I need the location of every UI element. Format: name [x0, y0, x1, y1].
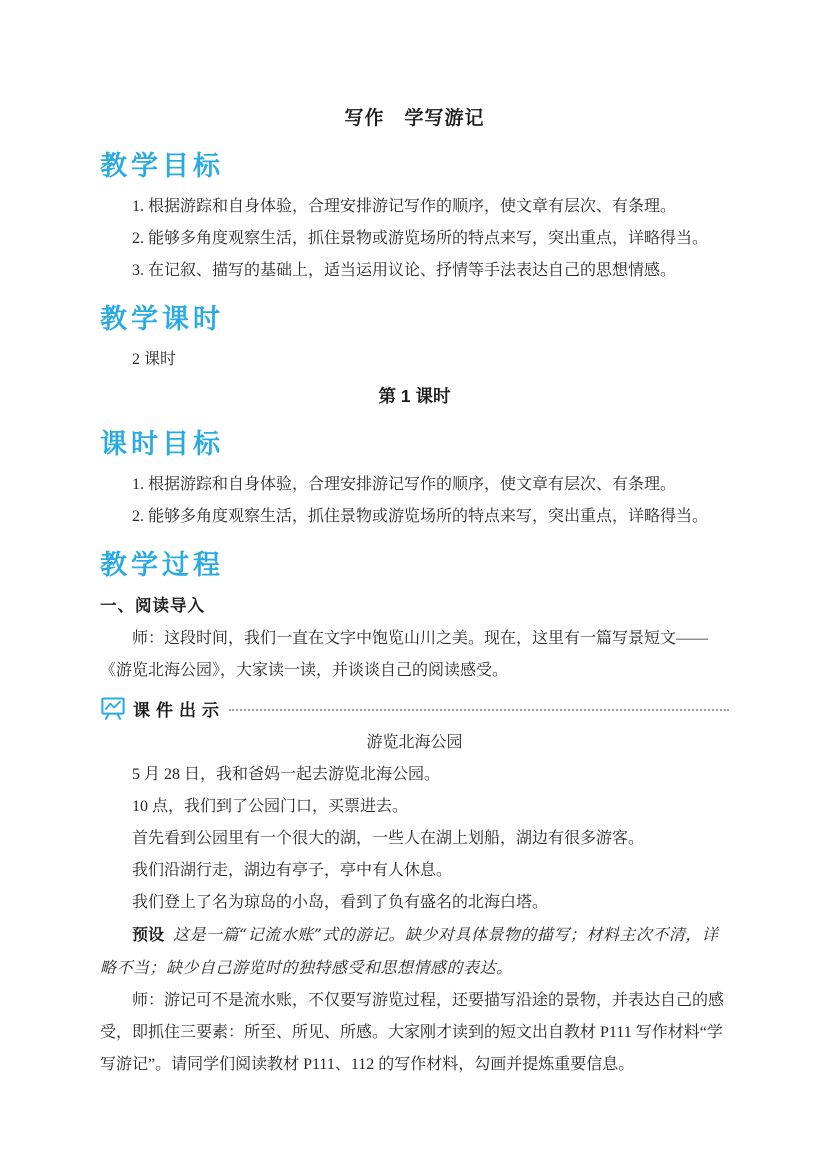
objective-item-3: 3. 在记叙、描写的基础上，适当运用议论、抒情等手法表达自己的思想情感。	[100, 255, 729, 287]
periods-value: 2 课时	[100, 344, 729, 376]
objective-item-2: 2. 能够多角度观察生活，抓住景物或游览场所的特点来写，突出重点，详略得当。	[100, 223, 729, 255]
teacher-intro-paragraph: 师：这段时间，我们一直在文字中饱览山川之美。现在，这里有一篇写景短文——《游览北…	[100, 623, 729, 687]
teacher-followup-paragraph: 师：游记可不是流水账，不仅要写游览过程，还要描写沿途的景物，并表达自己的感受，即…	[100, 985, 729, 1081]
essay-line-4: 我们沿湖行走，湖边有亭子，亭中有人休息。	[100, 855, 729, 887]
dotted-divider	[229, 709, 729, 711]
essay-line-1: 5 月 28 日，我和爸妈一起去游览北海公园。	[100, 759, 729, 791]
courseware-label: 课件出示	[133, 696, 225, 721]
essay-line-5: 我们登上了名为琼岛的小岛，看到了负有盛名的北海白塔。	[100, 887, 729, 919]
step-1-title: 一、阅读导入	[100, 590, 729, 623]
document-title: 写作 学写游记	[100, 104, 729, 134]
heading-teaching-process: 教学过程	[100, 546, 729, 584]
preset-label: 预设	[132, 927, 164, 944]
objective-item-1: 1. 根据游踪和自身体验，合理安排游记写作的顺序，使文章有层次、有条理。	[100, 191, 729, 223]
heading-teaching-objectives: 教学目标	[100, 147, 729, 185]
essay-line-3: 首先看到公园里有一个很大的湖，一些人在湖上划船，湖边有很多游客。	[100, 823, 729, 855]
courseware-callout: 课件出示	[100, 693, 729, 723]
preset-paragraph: 预设这是一篇“记流水账”式的游记。缺少对具体景物的描写；材料主次不清，详略不当；…	[100, 919, 729, 985]
lesson-objective-item-2: 2. 能够多角度观察生活，抓住景物或游览场所的特点来写，突出重点，详略得当。	[100, 501, 729, 533]
heading-lesson-objectives: 课时目标	[100, 425, 729, 463]
presentation-chart-icon	[100, 695, 126, 721]
essay-title: 游览北海公园	[100, 727, 729, 759]
lesson-objective-item-1: 1. 根据游踪和自身体验，合理安排游记写作的顺序，使文章有层次、有条理。	[100, 469, 729, 501]
document-page: 写作 学写游记 教学目标 1. 根据游踪和自身体验，合理安排游记写作的顺序，使文…	[0, 0, 827, 1169]
essay-line-2: 10 点，我们到了公园门口，买票进去。	[100, 791, 729, 823]
preset-text: 这是一篇“记流水账”式的游记。缺少对具体景物的描写；材料主次不清，详略不当；缺少…	[100, 925, 718, 977]
heading-teaching-periods: 教学课时	[100, 300, 729, 338]
lesson-1-title: 第 1 课时	[100, 380, 729, 412]
